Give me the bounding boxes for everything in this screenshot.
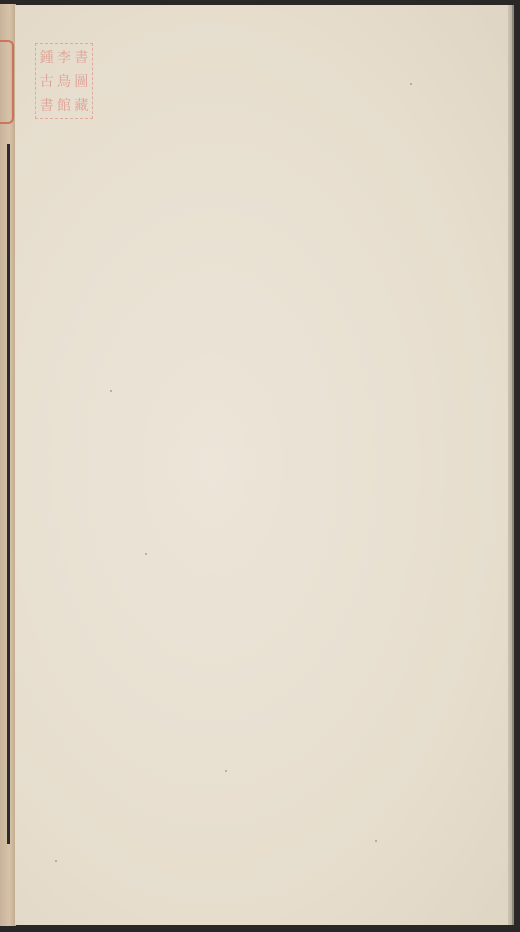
- paper-speck: [375, 840, 377, 842]
- paper-speck: [225, 770, 227, 772]
- red-collector-seal: 鍾 李 書 古 鳥 圖 書 館 藏: [35, 43, 93, 119]
- adjacent-page-border-rule: [7, 144, 10, 844]
- paper-speck: [410, 83, 412, 85]
- seal-glyph: 鳥: [56, 71, 71, 93]
- seal-glyph: 鍾: [39, 47, 54, 69]
- paper-speck: [110, 390, 112, 392]
- seal-glyph: 圖: [74, 71, 89, 93]
- seal-glyph: 李: [56, 47, 71, 69]
- seal-glyph: 書: [74, 47, 89, 69]
- seal-glyph: 古: [39, 71, 54, 93]
- paper-speck: [145, 553, 147, 555]
- book-spine-edge: [0, 4, 16, 926]
- adjacent-page-seal: [0, 40, 14, 124]
- seal-glyph: 書: [39, 95, 54, 117]
- seal-glyph: 館: [56, 95, 71, 117]
- seal-glyph: 藏: [74, 95, 89, 117]
- paper-speck: [55, 860, 57, 862]
- blank-page: 鍾 李 書 古 鳥 圖 書 館 藏: [15, 5, 510, 925]
